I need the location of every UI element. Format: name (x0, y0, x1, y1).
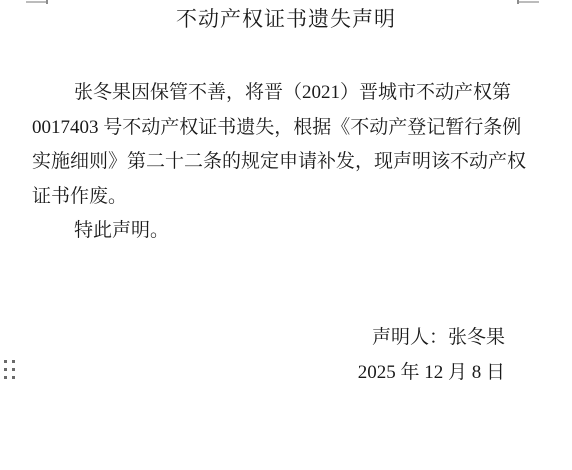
drag-handle-icon[interactable] (4, 360, 16, 380)
table-border-fragment-right (517, 1, 539, 3)
document-title: 不动产权证书遗失声明 (0, 4, 572, 34)
date-line: 2025 年 12 月 8 日 (358, 355, 505, 390)
document-page: 不动产权证书遗失声明 张冬果因保管不善，将晋（2021）晋城市不动产权第 001… (0, 0, 572, 470)
body-line: 张冬果因保管不善，将晋（2021）晋城市不动产权第 (32, 76, 530, 111)
drag-handle-dots (4, 360, 7, 363)
body-line: 0017403 号不动产权证书遗失，根据《不动产登记暂行条例 (32, 111, 530, 146)
body-line: 证书作废。 (32, 180, 530, 215)
body-line: 实施细则》第二十二条的规定申请补发，现声明该不动产权 (32, 145, 530, 180)
signature-line: 声明人：张冬果 (358, 320, 505, 355)
document-body: 张冬果因保管不善，将晋（2021）晋城市不动产权第 0017403 号不动产权证… (32, 76, 530, 249)
body-line: 特此声明。 (32, 214, 530, 249)
table-border-fragment-left (26, 1, 48, 3)
signature-block: 声明人：张冬果 2025 年 12 月 8 日 (358, 320, 505, 390)
